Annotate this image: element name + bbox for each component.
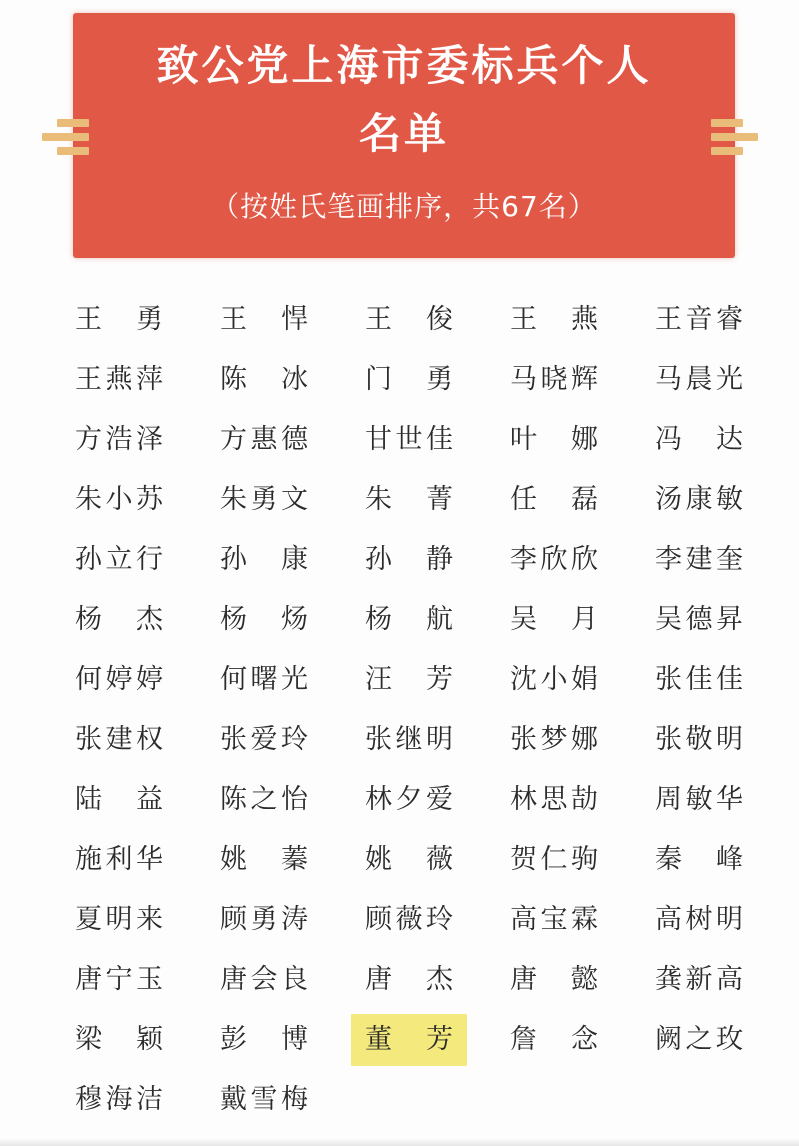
name-row: 杨杰杨炀杨航吴月吴德昇 (75, 590, 743, 650)
person-name: 汪芳 (365, 664, 453, 696)
person-name: 任磊 (510, 484, 598, 516)
name-cell: 叶娜 (510, 410, 598, 470)
person-name: 张继明 (365, 724, 453, 756)
name-cell: 占位 (365, 1070, 453, 1130)
name-cell: 陈冰 (220, 350, 308, 410)
name-cell: 贺仁驹 (510, 830, 598, 890)
name-row: 孙立行孙康孙静李欣欣李建奎 (75, 530, 743, 590)
person-name: 秦峰 (655, 844, 743, 876)
name-cell: 汪芳 (365, 650, 453, 710)
name-cell: 王悍 (220, 290, 308, 350)
person-name: 张梦娜 (510, 724, 598, 756)
name-row: 施利华姚蓁姚薇贺仁驹秦峰 (75, 830, 743, 890)
name-cell: 周敏华 (655, 770, 743, 830)
person-name: 何婷婷 (75, 664, 163, 696)
name-row: 王勇王悍王俊王燕王音睿 (75, 290, 743, 350)
name-cell: 杨航 (365, 590, 453, 650)
person-name: 姚蓁 (220, 844, 308, 876)
name-row: 梁颖彭博董芳詹念阙之玫 (75, 1010, 743, 1070)
person-name: 贺仁驹 (510, 844, 598, 876)
name-cell: 孙康 (220, 530, 308, 590)
person-name: 梁颖 (75, 1024, 163, 1056)
name-cell: 占位 (510, 1070, 598, 1130)
name-row: 何婷婷何曙光汪芳沈小娟张佳佳 (75, 650, 743, 710)
name-cell: 何曙光 (220, 650, 308, 710)
person-name: 杨炀 (220, 604, 308, 636)
name-cell: 夏明来 (75, 890, 163, 950)
ribbon-bar (711, 133, 758, 141)
name-row: 张建权张爱玲张继明张梦娜张敬明 (75, 710, 743, 770)
ribbon-left-decoration (42, 119, 89, 161)
person-name: 甘世佳 (365, 424, 453, 456)
person-name: 冯达 (655, 424, 743, 456)
name-cell: 王燕 (510, 290, 598, 350)
ribbon-bar (42, 133, 89, 141)
name-cell: 张爱玲 (220, 710, 308, 770)
name-cell: 冯达 (655, 410, 743, 470)
name-cell: 沈小娟 (510, 650, 598, 710)
person-name: 李欣欣 (510, 544, 598, 576)
name-cell: 占位 (655, 1070, 743, 1130)
page-title-line2: 名单 (359, 111, 449, 157)
name-row: 唐宁玉唐会良唐杰唐懿龚新高 (75, 950, 743, 1010)
name-cell: 陈之怡 (220, 770, 308, 830)
name-cell: 姚蓁 (220, 830, 308, 890)
name-row: 夏明来顾勇涛顾薇玲高宝霖高树明 (75, 890, 743, 950)
ribbon-right-decoration (711, 119, 758, 161)
name-cell: 杨杰 (75, 590, 163, 650)
person-name: 高树明 (655, 904, 743, 936)
person-name: 阙之玫 (655, 1024, 743, 1056)
person-name: 林夕爱 (365, 784, 453, 816)
name-cell: 林夕爱 (365, 770, 453, 830)
name-cell: 张敬明 (655, 710, 743, 770)
name-cell: 顾勇涛 (220, 890, 308, 950)
name-grid: 王勇王悍王俊王燕王音睿王燕萍陈冰门勇马晓辉马晨光方浩泽方惠德甘世佳叶娜冯达朱小苏… (75, 290, 743, 1130)
name-cell: 王俊 (365, 290, 453, 350)
name-cell: 施利华 (75, 830, 163, 890)
name-cell: 门勇 (365, 350, 453, 410)
person-name: 马晨光 (655, 364, 743, 396)
name-cell: 杨炀 (220, 590, 308, 650)
person-name: 高宝霖 (510, 904, 598, 936)
person-name: 张建权 (75, 724, 163, 756)
name-cell: 高树明 (655, 890, 743, 950)
person-name: 王悍 (220, 304, 308, 336)
person-name: 陆益 (75, 784, 163, 816)
name-cell: 顾薇玲 (365, 890, 453, 950)
name-cell: 穆海洁 (75, 1070, 163, 1130)
ribbon-bar (57, 147, 89, 155)
name-cell: 马晨光 (655, 350, 743, 410)
person-name: 王燕 (510, 304, 598, 336)
person-name: 朱勇文 (220, 484, 308, 516)
person-name: 吴月 (510, 604, 598, 636)
name-cell: 梁颖 (75, 1010, 163, 1070)
person-name: 顾勇涛 (220, 904, 308, 936)
person-name: 朱小苏 (75, 484, 163, 516)
name-row: 方浩泽方惠德甘世佳叶娜冯达 (75, 410, 743, 470)
person-name: 戴雪梅 (220, 1084, 308, 1116)
person-name: 唐杰 (365, 964, 453, 996)
name-cell: 张继明 (365, 710, 453, 770)
person-name: 穆海洁 (75, 1084, 163, 1116)
ribbon-bar (711, 147, 743, 155)
name-row: 穆海洁戴雪梅占位占位占位 (75, 1070, 743, 1130)
name-cell: 吴德昇 (655, 590, 743, 650)
person-name: 何曙光 (220, 664, 308, 696)
name-cell: 张建权 (75, 710, 163, 770)
name-cell: 唐会良 (220, 950, 308, 1010)
name-cell: 龚新高 (655, 950, 743, 1010)
name-cell: 朱小苏 (75, 470, 163, 530)
person-name: 孙康 (220, 544, 308, 576)
name-cell: 方浩泽 (75, 410, 163, 470)
name-cell: 戴雪梅 (220, 1070, 308, 1130)
person-name: 杨杰 (75, 604, 163, 636)
name-cell: 唐宁玉 (75, 950, 163, 1010)
name-cell: 王勇 (75, 290, 163, 350)
page-title-line1: 致公党上海市委标兵个人 (156, 43, 651, 89)
person-name: 唐懿 (510, 964, 598, 996)
person-name: 施利华 (75, 844, 163, 876)
name-cell: 张梦娜 (510, 710, 598, 770)
person-name: 陈冰 (220, 364, 308, 396)
name-cell: 朱菁 (365, 470, 453, 530)
name-cell: 李欣欣 (510, 530, 598, 590)
header-banner: 致公党上海市委标兵个人 名单 （按姓氏笔画排序，共67名） (73, 13, 735, 258)
name-cell: 吴月 (510, 590, 598, 650)
person-name: 王音睿 (655, 304, 743, 336)
person-name: 夏明来 (75, 904, 163, 936)
person-name: 彭博 (220, 1024, 308, 1056)
name-cell: 陆益 (75, 770, 163, 830)
poster-page: 致公党上海市委标兵个人 名单 （按姓氏笔画排序，共67名） 王勇王悍王俊王燕王音… (0, 0, 799, 1146)
person-name: 陈之怡 (220, 784, 308, 816)
person-name: 沈小娟 (510, 664, 598, 696)
name-cell: 马晓辉 (510, 350, 598, 410)
person-name: 顾薇玲 (365, 904, 453, 936)
name-cell: 王燕萍 (75, 350, 163, 410)
person-name: 詹念 (510, 1024, 598, 1056)
person-name: 汤康敏 (655, 484, 743, 516)
name-cell: 朱勇文 (220, 470, 308, 530)
person-name: 唐会良 (220, 964, 308, 996)
name-row: 王燕萍陈冰门勇马晓辉马晨光 (75, 350, 743, 410)
person-name: 龚新高 (655, 964, 743, 996)
person-name: 叶娜 (510, 424, 598, 456)
person-name: 马晓辉 (510, 364, 598, 396)
name-cell: 高宝霖 (510, 890, 598, 950)
person-name: 李建奎 (655, 544, 743, 576)
person-name: 周敏华 (655, 784, 743, 816)
name-cell: 孙静 (365, 530, 453, 590)
person-name: 孙立行 (75, 544, 163, 576)
person-name: 王燕萍 (75, 364, 163, 396)
person-name: 孙静 (365, 544, 453, 576)
person-name-highlighted: 董芳 (351, 1014, 467, 1066)
person-name: 朱菁 (365, 484, 453, 516)
name-row: 朱小苏朱勇文朱菁任磊汤康敏 (75, 470, 743, 530)
name-cell: 秦峰 (655, 830, 743, 890)
person-name: 王俊 (365, 304, 453, 336)
person-name: 张佳佳 (655, 664, 743, 696)
name-cell: 方惠德 (220, 410, 308, 470)
person-name: 张爱玲 (220, 724, 308, 756)
name-cell: 汤康敏 (655, 470, 743, 530)
name-cell: 詹念 (510, 1010, 598, 1070)
person-name: 王勇 (75, 304, 163, 336)
person-name: 杨航 (365, 604, 453, 636)
name-cell: 张佳佳 (655, 650, 743, 710)
name-cell: 李建奎 (655, 530, 743, 590)
name-cell: 林思劼 (510, 770, 598, 830)
ribbon-bar (711, 119, 743, 127)
person-name: 张敬明 (655, 724, 743, 756)
person-name: 唐宁玉 (75, 964, 163, 996)
name-cell: 彭博 (220, 1010, 308, 1070)
person-name: 吴德昇 (655, 604, 743, 636)
name-cell: 何婷婷 (75, 650, 163, 710)
page-subtitle: （按姓氏笔画排序，共67名） (211, 185, 597, 225)
person-name: 林思劼 (510, 784, 598, 816)
ribbon-bar (57, 119, 89, 127)
name-cell: 甘世佳 (365, 410, 453, 470)
name-row: 陆益陈之怡林夕爱林思劼周敏华 (75, 770, 743, 830)
name-cell: 任磊 (510, 470, 598, 530)
name-cell: 唐杰 (365, 950, 453, 1010)
page-bottom-crop-shadow (0, 1138, 799, 1146)
name-cell: 孙立行 (75, 530, 163, 590)
person-name: 门勇 (365, 364, 453, 396)
name-cell: 姚薇 (365, 830, 453, 890)
person-name: 方浩泽 (75, 424, 163, 456)
name-cell: 董芳 (365, 1010, 453, 1070)
person-name: 姚薇 (365, 844, 453, 876)
person-name: 方惠德 (220, 424, 308, 456)
name-cell: 阙之玫 (655, 1010, 743, 1070)
name-cell: 唐懿 (510, 950, 598, 1010)
name-cell: 王音睿 (655, 290, 743, 350)
